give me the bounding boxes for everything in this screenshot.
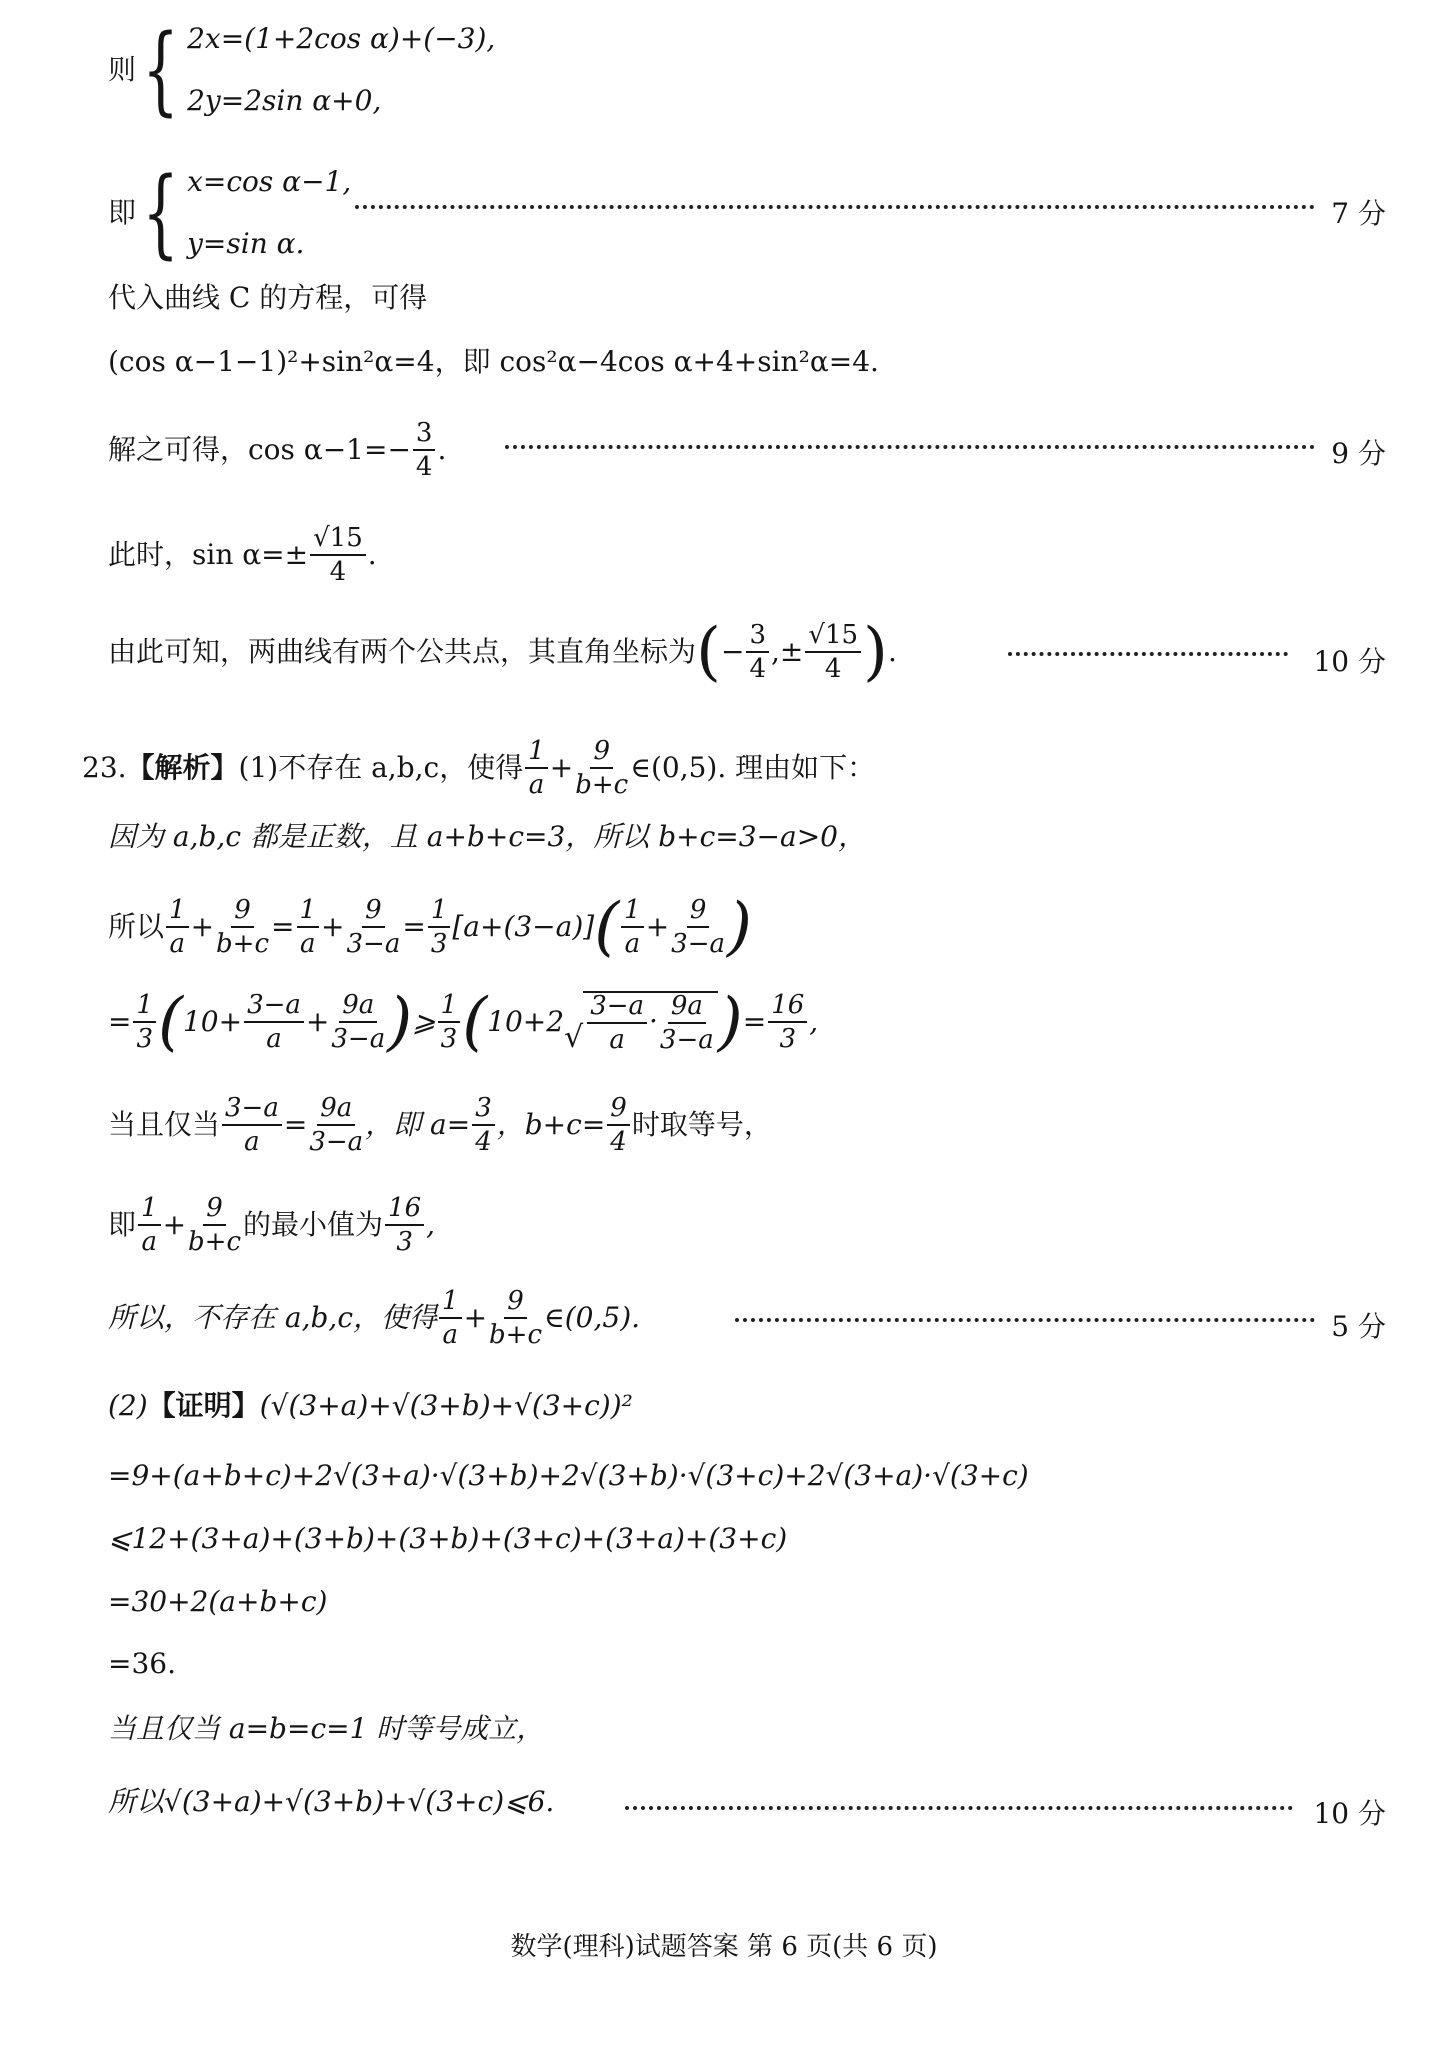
sys2-row2: y=sin α.	[187, 230, 351, 258]
fraction: √154	[310, 525, 366, 585]
brace-icon: {	[142, 165, 179, 261]
min-tail: ,	[426, 1211, 435, 1239]
prefix-then: 则	[108, 56, 136, 84]
score-leader-dots	[625, 1806, 1293, 1810]
equal-mid: ，即 a=	[365, 1111, 470, 1139]
system-equation-1: 则 { 2x=(1+2cos α)+(−3), 2y=2sin α+0,	[108, 22, 495, 118]
equal-prefix: 当且仅当	[108, 1111, 220, 1139]
proof-line-1: (2) 【证明】 (√(3+a)+√(3+b)+√(3+c))²	[108, 1392, 633, 1420]
solve-suffix: .	[437, 436, 446, 464]
right-paren: )	[863, 620, 888, 684]
inequality-line: =13(10+3−aa+9a3−a)⩾13(10+2√3−aa·9a3−a)=1…	[108, 990, 818, 1054]
not-exist-line: 所以，不存在 a,b,c，使得 1a+9b+c ∈(0,5).	[108, 1288, 640, 1348]
because-line: 因为 a,b,c 都是正数，且 a+b+c=3，所以 b+c=3−a>0，	[108, 823, 866, 851]
brace-icon: {	[142, 22, 179, 118]
solve-line: 解之可得，cos α−1=− 34 .	[108, 420, 446, 480]
question-number: 23.	[82, 754, 127, 782]
proof-line-3: ⩽12+(3+a)+(3+b)+(3+b)+(3+c)+(3+a)+(3+c)	[108, 1525, 787, 1553]
minus-sign: −	[721, 638, 744, 666]
proof-expression: (√(3+a)+√(3+b)+√(3+c))²	[260, 1392, 633, 1420]
system-equation-2: 即 { x=cos α−1, y=sin α.	[108, 165, 351, 261]
numerator: 3	[413, 420, 436, 451]
sin-line: 此时，sin α=± √154 .	[108, 525, 377, 585]
so-line: 所以 1a+9b+c=1a+93−a=13[a+(3−a)](1a+93−a)	[108, 895, 752, 959]
comma-pm: ,±	[771, 638, 803, 666]
numerator: 3	[746, 622, 769, 653]
denominator: 4	[416, 451, 433, 480]
numerator: 1	[525, 738, 548, 769]
minimum-line: 即 1a+9b+c 的最小值为 163,	[108, 1195, 435, 1255]
proof-final: 所以√(3+a)+√(3+b)+√(3+c)⩽6.	[108, 1788, 554, 1816]
solve-prefix: 解之可得，cos α−1=−	[108, 436, 411, 464]
denominator: b+c	[575, 769, 628, 798]
proof-part: (2)	[108, 1392, 148, 1420]
header-text: (1)不存在 a,b,c，使得	[239, 754, 524, 782]
score-10-final: 10 分	[1313, 1792, 1386, 1832]
sin-suffix: .	[368, 541, 377, 569]
fraction: 34	[413, 420, 436, 480]
equality-condition-line: 当且仅当 3−aa=9a3−a ，即 a=34 ，b+c=94 时取等号，	[108, 1095, 772, 1155]
substitute-text: 代入曲线 C 的方程，可得	[108, 284, 427, 312]
score-leader-dots	[505, 445, 1315, 449]
fraction: 34	[746, 622, 769, 682]
score-9: 9 分	[1331, 432, 1386, 472]
numerator: 9	[590, 738, 613, 769]
sin-prefix: 此时，sin α=±	[108, 541, 308, 569]
fraction: 1a	[525, 738, 548, 798]
equal-mid2: ，b+c=	[497, 1111, 606, 1139]
score-leader-dots	[355, 205, 1315, 209]
proof-tag: 【证明】	[148, 1392, 260, 1420]
min-mid: 的最小值为	[243, 1211, 383, 1239]
header-tail: ∈(0,5). 理由如下：	[630, 754, 875, 782]
not-exist-tail: ∈(0,5).	[544, 1304, 640, 1332]
score-leader-dots	[735, 1318, 1315, 1322]
proof-line-4: =30+2(a+b+c)	[108, 1588, 327, 1616]
sys1-row2: 2y=2sin α+0,	[187, 87, 495, 115]
proof-line-5: =36.	[108, 1650, 176, 1678]
equal-tail: 时取等号，	[632, 1111, 772, 1139]
proof-line-2: =9+(a+b+c)+2√(3+a)·√(3+b)+2√(3+b)·√(3+c)…	[108, 1462, 1029, 1490]
left-paren: (	[696, 620, 721, 684]
expanded-equation: (cos α−1−1)²+sin²α=4，即 cos²α−4cos α+4+si…	[108, 348, 879, 376]
q23-header: 23. 【解析】 (1)不存在 a,b,c，使得 1a+ 9b+c ∈(0,5)…	[82, 738, 875, 798]
not-exist-text: 所以，不存在 a,b,c，使得	[108, 1304, 437, 1332]
page-footer: 数学(理科)试题答案 第 6 页(共 6 页)	[0, 1926, 1448, 1963]
denominator: 4	[749, 653, 766, 682]
numerator: √15	[310, 525, 366, 556]
score-10: 10 分	[1313, 640, 1386, 680]
score-leader-dots	[1008, 652, 1288, 656]
fraction: 9b+c	[575, 738, 628, 798]
period: .	[888, 638, 897, 666]
denominator: 4	[825, 653, 842, 682]
fraction: √154	[805, 622, 861, 682]
conclusion-line: 由此可知，两曲线有两个公共点，其直角坐标为 ( − 34 ,± √154 ) .	[108, 620, 897, 684]
score-5: 5 分	[1331, 1305, 1386, 1345]
min-prefix: 即	[108, 1211, 136, 1239]
proof-equality: 当且仅当 a=b=c=1 时等号成立，	[108, 1715, 544, 1743]
denominator: 4	[330, 556, 347, 585]
conclusion-prefix: 由此可知，两曲线有两个公共点，其直角坐标为	[108, 638, 696, 666]
so-prefix: 所以	[108, 913, 164, 941]
analysis-tag: 【解析】	[127, 754, 239, 782]
denominator: a	[529, 769, 545, 798]
score-7: 7 分	[1331, 192, 1386, 232]
prefix-namely: 即	[108, 199, 136, 227]
sys1-row1: 2x=(1+2cos α)+(−3),	[187, 25, 495, 53]
numerator: √15	[805, 622, 861, 653]
sys2-row1: x=cos α−1,	[187, 168, 351, 196]
